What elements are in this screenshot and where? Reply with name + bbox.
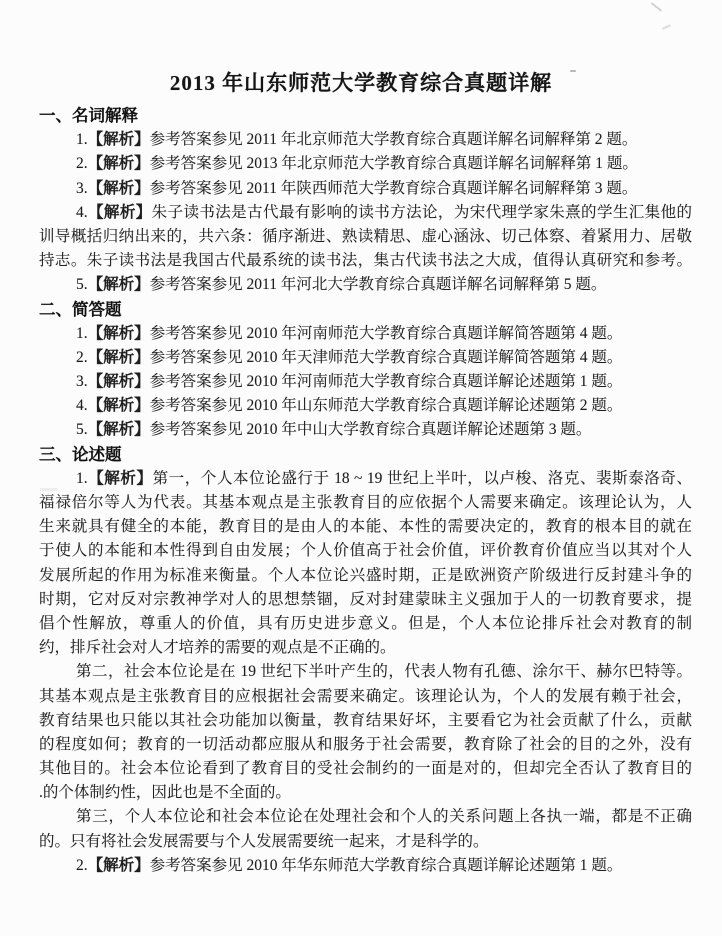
text-line: 于使人的本能和本性得到自由发展；个人价值高于社会价值，评价教育价值应当以其对个人	[39, 539, 692, 563]
text-line: 生来就具有健全的本能，教育目的是由人的本能、本性的需要决定的，教育的根本目的就在	[39, 515, 692, 539]
text-line: 2.【解析】参考答案参见 2013 年北京师范大学教育综合真题详解名词解释第 1…	[39, 152, 692, 176]
analysis-label: 【解析】	[88, 180, 150, 197]
section-heading-1: 一、名词解释	[39, 104, 692, 128]
analysis-label: 【解析】	[88, 155, 150, 172]
analysis-label: 【解析】	[88, 373, 150, 390]
text-line: 1.【解析】参考答案参见 2010 年河南师范大学教育综合真题详解简答题第 4 …	[39, 322, 692, 346]
section-heading-2: 二、简答题	[39, 298, 692, 322]
text-line: 4.【解析】朱子读书法是古代最有影响的读书方法论，为宋代理学家朱熹的学生汇集他的	[39, 201, 692, 225]
text-line: 其他目的。社会本位论看到了教育目的受社会制约的一面是对的，但却完全否认了教育目的	[39, 757, 692, 781]
text-line: 5.【解析】参考答案参见 2011 年河北大学教育综合真题详解名词解释第 5 题…	[39, 273, 692, 297]
text-line: 持志。朱子读书法是我国古代最系统的读书法，集古代读书法之大成，值得认真研究和参考…	[39, 249, 692, 273]
text-line: 5.【解析】参考答案参见 2010 年中山大学教育综合真题详解论述题第 3 题。	[39, 418, 692, 442]
analysis-label: 【解析】	[88, 131, 150, 148]
text-line: 4.【解析】参考答案参见 2010 年山东师范大学教育综合真题详解论述题第 2 …	[39, 394, 692, 418]
text-line: 时期，它对反对宗教神学对人的思想禁锢，反对封建蒙昧主义强加于人的一切教育要求，提	[39, 588, 692, 612]
analysis-label: 【解析】	[88, 349, 150, 366]
text-line: 倡个性解放，尊重人的价值，具有历史进步意义。但是，个人本位论排斥社会对教育的制	[39, 612, 692, 636]
text-line: 3.【解析】参考答案参见 2011 年陕西师范大学教育综合真题详解名词解释第 3…	[39, 177, 692, 201]
text-line: 发展所起的作用为标准来衡量。个人本位论兴盛时期，正是欧洲资产阶级进行反封建斗争的	[39, 564, 692, 588]
analysis-label: 【解析】	[88, 421, 150, 438]
text-line: 训导概括归纳出来的，共六条：循序渐进、熟读精思、虚心涵泳、切己体察、着紧用力、居…	[39, 225, 692, 249]
text-line: 第二，社会本位论是在 19 世纪下半叶产生的，代表人物有孔德、涂尔干、赫尔巴特等…	[39, 660, 692, 684]
text-line: 约，排斥社会对人才培养的需要的观点是不正确的。	[39, 636, 692, 660]
text-line: 2.【解析】参考答案参见 2010 年天津师范大学教育综合真题详解简答题第 4 …	[39, 346, 692, 370]
document-body: 一、名词解释1.【解析】参考答案参见 2011 年北京师范大学教育综合真题详解名…	[39, 104, 692, 878]
text-line: 1.【解析】参考答案参见 2011 年北京师范大学教育综合真题详解名词解释第 2…	[39, 128, 692, 152]
analysis-label: 【解析】	[88, 470, 153, 487]
text-line: 2.【解析】参考答案参见 2010 年华东师范大学教育综合真题详解论述题第 1 …	[39, 854, 692, 878]
scan-artifact	[651, 2, 662, 12]
text-line: 的。只有将社会发展需要与个人发展需要统一起来，才是科学的。	[39, 830, 692, 854]
text-line: 的程度如何；教育的一切活动都应服从和服务于社会需要，教育除了社会的目的之外，没有	[39, 733, 692, 757]
text-line: .的个体制约性，因此也是不全面的。	[39, 781, 692, 805]
analysis-label: 【解析】	[88, 204, 152, 221]
text-line: 教育结果也只能以其社会功能加以衡量，教育结果好坏，主要看它为社会贡献了什么，贡献	[39, 709, 692, 733]
text-line: 其基本观点是主张教育目的应根据社会需要来确定。该理论认为，个人的发展有赖于社会，	[39, 685, 692, 709]
scanned-document-page: 2013 年山东师范大学教育综合真题详解 一、名词解释1.【解析】参考答案参见 …	[0, 0, 722, 936]
analysis-label: 【解析】	[88, 276, 150, 293]
scan-artifact	[662, 24, 671, 29]
text-line: 第三，个人本位论和社会本位论在处理社会和个人的关系问题上各执一端，都是不正确	[39, 805, 692, 829]
section-heading-3: 三、论述题	[39, 443, 692, 467]
text-line: 福禄倍尔等人为代表。其基本观点是主张教育目的应依据个人需要来确定。该理论认为，人	[39, 491, 692, 515]
analysis-label: 【解析】	[88, 325, 150, 342]
analysis-label: 【解析】	[88, 857, 150, 874]
page-title: 2013 年山东师范大学教育综合真题详解	[0, 66, 722, 100]
text-line: 1.【解析】第一，个人本位论盛行于 18 ~ 19 世纪上半叶，以卢梭、洛克、裴…	[39, 467, 692, 491]
analysis-label: 【解析】	[88, 397, 150, 414]
text-line: 3.【解析】参考答案参见 2010 年河南师范大学教育综合真题详解论述题第 1 …	[39, 370, 692, 394]
